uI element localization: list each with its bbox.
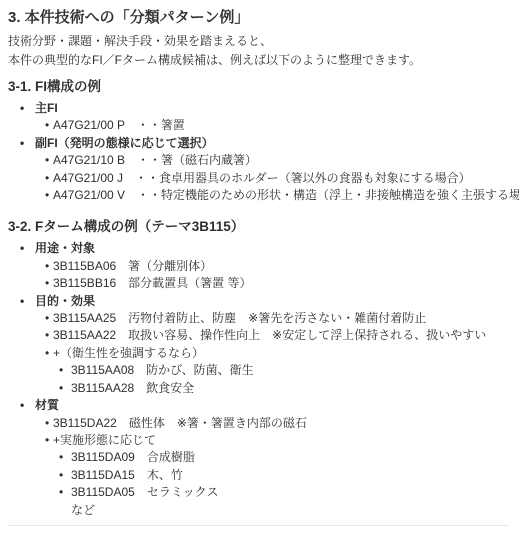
intro-paragraph: 技術分野・課題・解決手段・効果を踏まえると、本件の典型的なFI／Fターム構成候補… — [8, 32, 509, 69]
list-item: 3B115DA09 合成樹脂 — [8, 449, 509, 466]
list-item: 3B115AA28 飲食安全 — [8, 380, 509, 397]
list-item: など — [8, 502, 509, 519]
list-item: 3B115AA08 防かび、防菌、衛生 — [8, 362, 509, 379]
bottom-divider — [8, 525, 509, 526]
list-item: A47G21/00 P ・・箸置 — [8, 117, 509, 134]
list-item: +実施形態に応じて — [8, 432, 509, 449]
list-item: 副FI（発明の態様に応じて選択） — [8, 135, 509, 152]
list-item: 3B115AA22 取扱い容易、操作性向上 ※安定して浮上保持される、扱いやすい — [8, 327, 509, 344]
list-item: 3B115DA22 磁性体 ※箸・箸置き内部の磁石 — [8, 415, 509, 432]
section-list-1: 主FIA47G21/00 P ・・箸置副FI（発明の態様に応じて選択）A47G2… — [8, 100, 509, 204]
list-item: A47G21/10 B ・・箸（磁石内蔵箸） — [8, 152, 509, 169]
section-list-2: 用途・対象3B115BA06 箸（分離別体）3B115BB16 部分載置具（箸置… — [8, 240, 509, 519]
list-item: 3B115BB16 部分載置具（箸置 等） — [8, 275, 509, 292]
list-item: 目的・効果 — [8, 293, 509, 310]
list-item: 3B115DA05 セラミックス — [8, 484, 509, 501]
intro-line-1: 技術分野・課題・解決手段・効果を踏まえると、 — [8, 34, 272, 48]
page-title: 3. 本件技術への「分類パターン例」 — [8, 7, 509, 28]
list-item: 3B115DA15 木、竹 — [8, 467, 509, 484]
list-item: A47G21/00 J ・・食卓用器具のホルダー（箸以外の食器も対象にする場合） — [8, 170, 509, 187]
list-item: 3B115AA25 汚物付着防止、防塵 ※箸先を汚さない・雑菌付着防止 — [8, 310, 509, 327]
list-item: 材質 — [8, 397, 509, 414]
sections-container: 3-1. FI構成の例主FIA47G21/00 P ・・箸置副FI（発明の態様に… — [8, 78, 509, 519]
section-heading-2: 3-2. Fターム構成の例（テーマ3B115） — [8, 218, 509, 236]
list-item: 主FI — [8, 100, 509, 117]
list-item: +（衛生性を強調するなら） — [8, 345, 509, 362]
document: 3. 本件技術への「分類パターン例」 技術分野・課題・解決手段・効果を踏まえると… — [0, 0, 519, 526]
section-heading-1: 3-1. FI構成の例 — [8, 78, 509, 96]
list-item: 3B115BA06 箸（分離別体） — [8, 258, 509, 275]
list-item: A47G21/00 V ・・特定機能のための形状・構造（浮上・非接触構造を強く主… — [8, 187, 509, 204]
list-item: 用途・対象 — [8, 240, 509, 257]
intro-line-2: 本件の典型的なFI／Fターム構成候補は、例えば以下のように整理できます。 — [8, 53, 421, 67]
